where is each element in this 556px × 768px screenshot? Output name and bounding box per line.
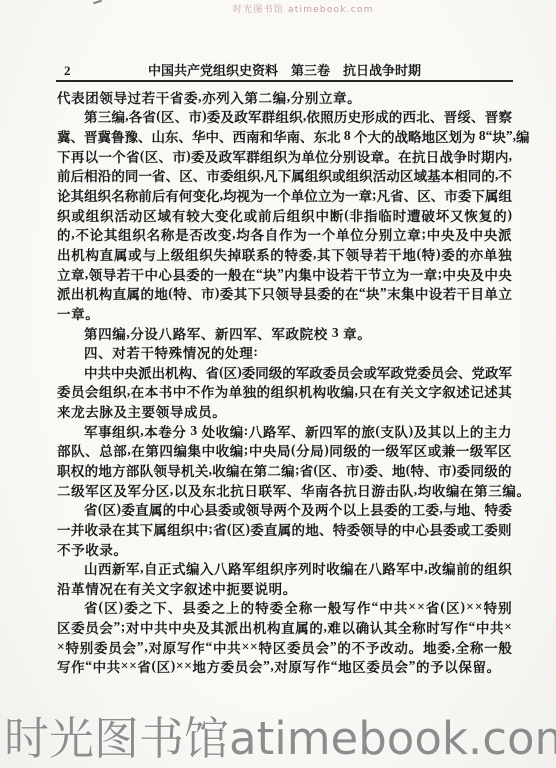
body-line: 来龙去脉及主要领导成员。 — [57, 401, 512, 421]
body-line: 立章,领导若干中心县委的一般在“块”内集中设若干节立为一章;中央及中央 — [57, 264, 512, 284]
body-line: 职权的地方部队领导机关,收编在第二编;省(区、市)委、地(特、市)委同级的 — [57, 460, 512, 480]
page-number: 2 — [64, 62, 71, 79]
body-line: 区委员会”;对中共中央及其派出机构直属的,难以确认其全称时写作“中共× — [57, 617, 512, 637]
body-line: 派出机构直属的地(特、市)委其下只领导县委的在“块”末集中设若干目单立 — [57, 283, 512, 303]
body-line: 写作“中共××省(区)××地方委员会”,对原写作“地区委员会”的予以保留。 — [57, 657, 512, 677]
body-line: 委员会组织,在本书中不作为单独的组织机构收编,只在有关文字叙述记述其 — [57, 382, 512, 402]
body-line: ×特别委员会”,对原写作“中共××特区委员会”的不予改动。地委,全称一般 — [57, 637, 512, 657]
top-watermark: 时光图书馆 atimebook.com — [233, 2, 374, 15]
scan-artifact — [93, 0, 102, 4]
running-title: 中国共产党组织史资料 第三卷 抗日战争时期 — [57, 62, 512, 79]
body-line: 第四编,分设八路军、新四军、军政院校 3 章。 — [57, 323, 512, 343]
bottom-watermark: 时光图书馆atimebook.com — [4, 702, 556, 767]
body-line: 沿革情况在有关文字叙述中扼要说明。 — [57, 578, 512, 598]
body-line: 省(区)委直属的中心县委或领导两个及两个以上县委的工委,与地、特委 — [57, 499, 512, 519]
body-line: 四、对若干特殊情况的处理: — [57, 342, 512, 362]
body-line: 省(区)委之下、县委之上的特委全称一般写作“中共××省(区)××特别 — [57, 598, 512, 618]
body-line: 不予收录。 — [57, 539, 512, 559]
body-line: 部队、总部,在第四编集中收编;中央局(分局)同级的一级军区或兼一级军区 — [57, 441, 512, 461]
body-line: 前后相沿的同一省、区、市委组织,凡下属组织或组织活动区域基本相同的,不 — [57, 166, 512, 186]
body-line: 冀、晋冀鲁豫、山东、华中、西南和华南、东北 8 个大的战略地区划为 8“块”,编 — [57, 126, 512, 146]
body-line: 中共中央派出机构、省(区)委同级的军政委员会或军政党委员会、党政军 — [57, 362, 512, 382]
body-line: 山西新军,自正式编入八路军组织序列时收编在八路军中,改编前的组织 — [57, 558, 512, 578]
body-line: 一并收录在其下属组织中;省(区)委直属的地、特委领导的中心县委或工委则 — [57, 519, 512, 539]
body-line: 一章。 — [57, 303, 512, 323]
body-line: 下再以一个省(区、市)委及政军群组织为单位分别设章。在抗日战争时期内, — [57, 146, 512, 166]
body-line: 第三编,各省(区、市)委及政军群组织,依照历史形成的西北、晋绥、晋察 — [57, 107, 512, 127]
body-line: 军事组织,本卷分 3 处收编:八路军、新四军的旅(支队)及其以上的主力 — [57, 421, 512, 441]
body-line: 论其组织名称前后有何变化,均视为一个单位立为一章;凡省、区、市委下属组 — [57, 185, 512, 205]
body-line: 出机构直属或与上级组织失掉联系的特委,其下领导若干地(特)委的亦单独 — [57, 244, 512, 264]
scanned-book-page: 时光图书馆 atimebook.com 2 中国共产党组织史资料 第三卷 抗日战… — [0, 0, 556, 768]
page-header: 2 中国共产党组织史资料 第三卷 抗日战争时期 — [57, 62, 512, 79]
body-line: 代表团领导过若干省委,亦列入第二编,分别立章。 — [57, 87, 512, 107]
body-line: 二级军区及军分区,以及东北抗日联军、华南各抗日游击队,均收编在第三编。 — [57, 480, 512, 500]
header-rule — [56, 80, 513, 82]
page-body: 代表团领导过若干省委,亦列入第二编,分别立章。第三编,各省(区、市)委及政军群组… — [57, 87, 512, 676]
body-line: 织或组织活动区域有较大变化或前后组织中断(非指临时遭破坏又恢复的) — [57, 205, 512, 225]
body-line: 的,不论其组织名称是否改变,均各自作为一个单位分别立章;中央及中央派 — [57, 224, 512, 244]
